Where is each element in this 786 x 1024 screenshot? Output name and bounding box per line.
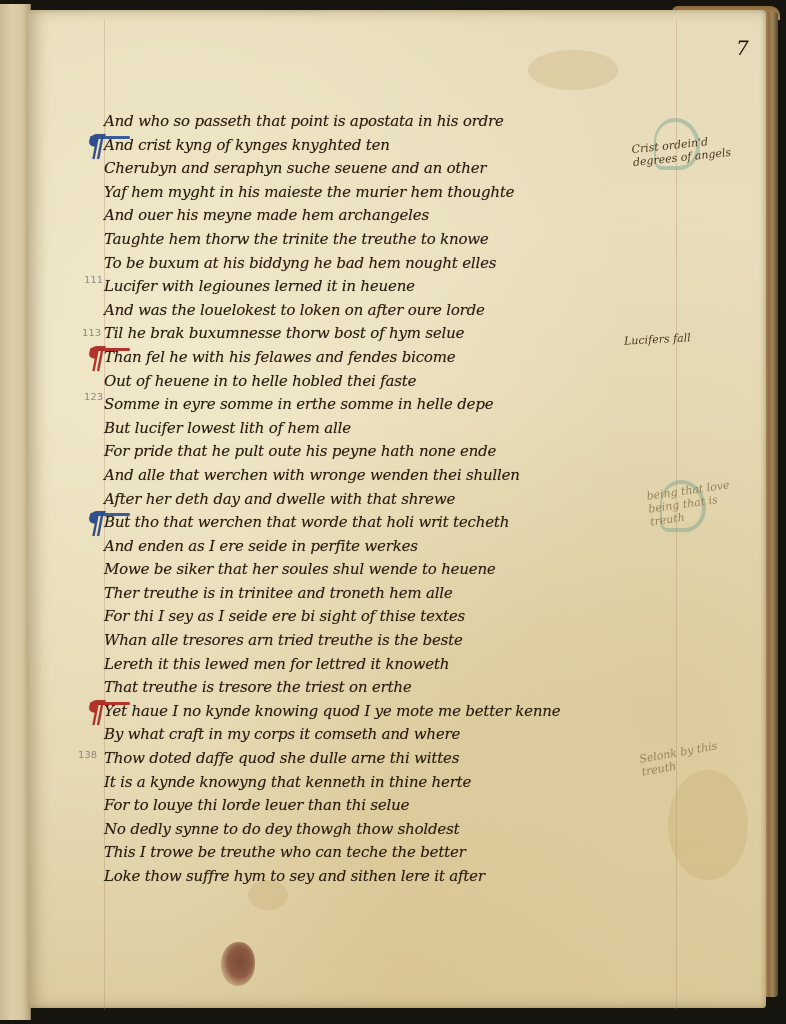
verse-line: ¶Yet haue I no kynde knowing quod I ye m… xyxy=(104,700,664,724)
verse-line-text: Than fel he with his felawes and fendes … xyxy=(104,348,455,366)
line-number: 111 xyxy=(84,275,103,286)
facing-page-edge xyxy=(0,4,31,1020)
verse-line-text: And alle that werchen with wronge wenden… xyxy=(104,466,520,484)
verse-line: Whan alle tresores arn tried treuthe is … xyxy=(104,629,664,653)
verse-line: And was the louelokest to loken on after… xyxy=(104,299,664,323)
verse-line: Mowe be siker that her soules shul wende… xyxy=(104,558,664,582)
decorated-initial: ¶ xyxy=(86,509,105,539)
verse-line-text: And who so passeth that point is apostat… xyxy=(104,112,504,130)
line-number: 138 xyxy=(78,750,97,761)
verse-line: And alle that werchen with wronge wenden… xyxy=(104,464,664,488)
verse-line: Yaf hem myght in his maieste the murier … xyxy=(104,181,664,205)
verse-line-text: No dedly synne to do dey thowgh thow sho… xyxy=(104,820,459,838)
verse-line: For pride that he pult oute his peyne ha… xyxy=(104,440,664,464)
verse-line: No dedly synne to do dey thowgh thow sho… xyxy=(104,818,664,842)
verse-line-text: That treuthe is tresore the triest on er… xyxy=(104,678,412,696)
verse-line-text: Lereth it this lewed men for lettred it … xyxy=(104,655,449,673)
verse-line-text: For thi I sey as I seide ere bi sight of… xyxy=(104,607,465,625)
decorated-initial: ¶ xyxy=(86,698,105,728)
verse-line-text: Thow doted daffe quod she dulle arne thi… xyxy=(104,749,459,767)
verse-line: And who so passeth that point is apostat… xyxy=(104,110,664,134)
verse-line-text: Lucifer with legiounes lerned it in heue… xyxy=(104,277,415,295)
stain-faint xyxy=(528,50,618,90)
verse-line: And enden as I ere seide in perfite werk… xyxy=(104,535,664,559)
verse-line: To be buxum at his biddyng he bad hem no… xyxy=(104,252,664,276)
verse-line-text: For to louye thi lorde leuer than thi se… xyxy=(104,796,409,814)
verse-line: Lucifer with legiounes lerned it in heue… xyxy=(104,275,664,299)
verse-line-text: Loke thow suffre hym to sey and sithen l… xyxy=(104,867,485,885)
verse-line: Cherubyn and seraphyn suche seuene and a… xyxy=(104,157,664,181)
verse-line: Til he brak buxumnesse thorw bost of hym… xyxy=(104,322,664,346)
line-number: 113 xyxy=(82,328,101,339)
verse-line-text: Yet haue I no kynde knowing quod I ye mo… xyxy=(104,702,560,720)
decorated-initial: ¶ xyxy=(86,132,105,162)
verse-line-text: To be buxum at his biddyng he bad hem no… xyxy=(104,254,496,272)
verse-line-text: Mowe be siker that her soules shul wende… xyxy=(104,560,496,578)
verse-line: Somme in eyre somme in erthe somme in he… xyxy=(104,393,664,417)
verse-line-text: This I trowe be treuthe who can teche th… xyxy=(104,843,466,861)
verse-line-text: And ouer his meyne made hem archangeles xyxy=(104,206,429,224)
verse-line-text: And enden as I ere seide in perfite werk… xyxy=(104,537,418,555)
verse-line-text: And was the louelokest to loken on after… xyxy=(104,301,485,319)
verse-line: That treuthe is tresore the triest on er… xyxy=(104,676,664,700)
verse-line: ¶Than fel he with his felawes and fendes… xyxy=(104,346,664,370)
verse-line-text: But tho that werchen that worde that hol… xyxy=(104,513,509,531)
fore-edge xyxy=(764,12,778,997)
line-number: 123 xyxy=(84,392,103,403)
verse-line-text: Out of heuene in to helle hobled thei fa… xyxy=(104,372,416,390)
verse-line-text: Cherubyn and seraphyn suche seuene and a… xyxy=(104,159,486,177)
verse-line: After her deth day and dwelle with that … xyxy=(104,488,664,512)
verse-line: And ouer his meyne made hem archangeles xyxy=(104,204,664,228)
verse-line-text: Taughte hem thorw the trinite the treuth… xyxy=(104,230,489,248)
verse-line: For to louye thi lorde leuer than thi se… xyxy=(104,794,664,818)
folio-number: 7 xyxy=(736,36,749,60)
verse-text-block: And who so passeth that point is apostat… xyxy=(104,110,664,889)
verse-line: This I trowe be treuthe who can teche th… xyxy=(104,841,664,865)
verse-line: Loke thow suffre hym to sey and sithen l… xyxy=(104,865,664,889)
verse-line: But lucifer lowest lith of hem alle xyxy=(104,417,664,441)
verse-line-text: And crist kyng of kynges knyghted ten xyxy=(104,136,390,154)
verse-line: ¶But tho that werchen that worde that ho… xyxy=(104,511,664,535)
verse-line-text: Whan alle tresores arn tried treuthe is … xyxy=(104,631,463,649)
verse-line-text: Ther treuthe is in trinitee and troneth … xyxy=(104,584,453,602)
ink-stain xyxy=(221,942,255,986)
verse-line: ¶And crist kyng of kynges knyghted ten xyxy=(104,134,664,158)
verse-line-text: But lucifer lowest lith of hem alle xyxy=(104,419,351,437)
verse-line: For thi I sey as I seide ere bi sight of… xyxy=(104,605,664,629)
verse-line: It is a kynde knowyng that kenneth in th… xyxy=(104,771,664,795)
verse-line-text: Til he brak buxumnesse thorw bost of hym… xyxy=(104,324,464,342)
manuscript-viewer: 7 111 113 123 138 Crist ordein'd degrees… xyxy=(0,0,786,1024)
verse-line-text: After her deth day and dwelle with that … xyxy=(104,490,455,508)
verse-line: Lereth it this lewed men for lettred it … xyxy=(104,653,664,677)
verse-line-text: Somme in eyre somme in erthe somme in he… xyxy=(104,395,493,413)
verse-line-text: It is a kynde knowyng that kenneth in th… xyxy=(104,773,471,791)
verse-line: Ther treuthe is in trinitee and troneth … xyxy=(104,582,664,606)
decorated-initial: ¶ xyxy=(86,344,105,374)
verse-line: Thow doted daffe quod she dulle arne thi… xyxy=(104,747,664,771)
verse-line-text: By what craft in my corps it comseth and… xyxy=(104,725,460,743)
verse-line-text: Yaf hem myght in his maieste the murier … xyxy=(104,183,514,201)
verse-line: Taughte hem thorw the trinite the treuth… xyxy=(104,228,664,252)
stain-faint xyxy=(668,770,748,880)
verse-line: By what craft in my corps it comseth and… xyxy=(104,723,664,747)
verse-line-text: For pride that he pult oute his peyne ha… xyxy=(104,442,496,460)
verse-line: Out of heuene in to helle hobled thei fa… xyxy=(104,370,664,394)
